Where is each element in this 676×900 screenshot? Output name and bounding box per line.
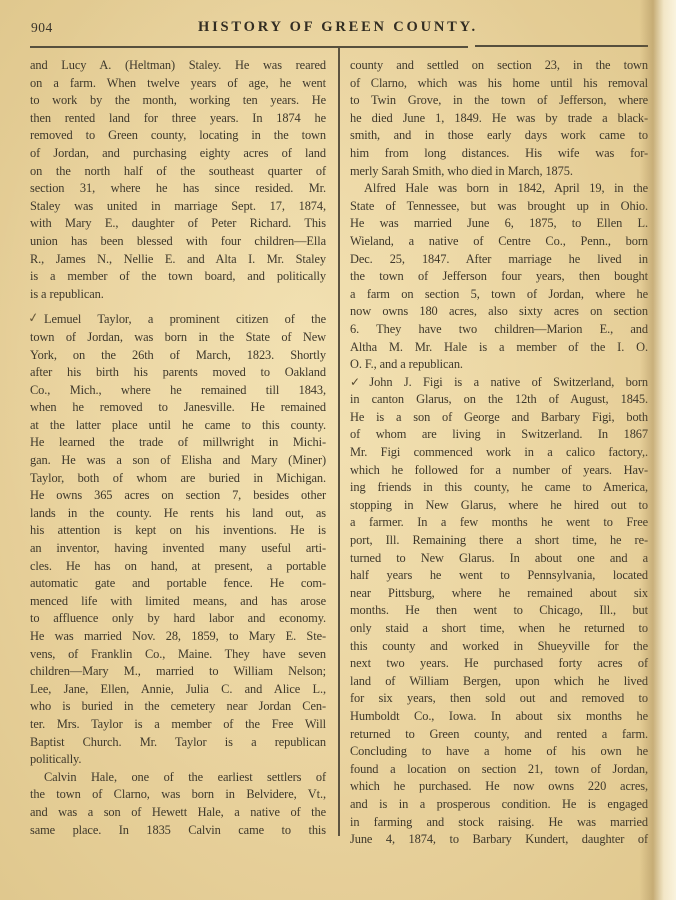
- right-column: county and settled on section 23, in the…: [350, 57, 648, 849]
- text-line: after his birth his parents moved to Oak…: [30, 364, 326, 382]
- text-line: removed to Green county, locating in the…: [30, 127, 326, 145]
- text-line: union has been blessed with four childre…: [30, 233, 326, 251]
- text-line: Wieland, a native of Centre Co., Penn., …: [350, 233, 648, 251]
- text-line: 6. They have two children—Marion E., and: [350, 321, 648, 339]
- text-line: returned to Green county, and rented a f…: [350, 726, 648, 744]
- text-line: months. He then went to Chicago, Ill., b…: [350, 602, 648, 620]
- text-line: Taylor, both of whom are buried in Michi…: [30, 470, 326, 488]
- paragraph: Calvin Hale, one of the earliest settler…: [30, 769, 326, 839]
- text-line: O. F., and a republican.: [350, 356, 648, 374]
- text-line: half years he went to Pennsylvania, loca…: [350, 567, 648, 585]
- text-line: this county and worked in Shueyville for…: [350, 638, 648, 656]
- text-line: State of Tennessee, but was brought up i…: [350, 198, 648, 216]
- text-line: the town of Jefferson four years, then b…: [350, 268, 648, 286]
- text-line: next two years. He purchased forty acres…: [350, 655, 648, 673]
- text-line: smith, and in those early days work came…: [350, 127, 648, 145]
- page-header: 904 HISTORY OF GREEN COUNTY.: [0, 0, 676, 47]
- text-line: of Jordan, and purchasing eighty acres o…: [30, 145, 326, 163]
- text-line: found a location on section 21, town of …: [350, 761, 648, 779]
- text-line: same place. In 1835 Calvin came to this: [30, 822, 326, 840]
- text-line: gan. He was a son of Elisha and Mary (Mi…: [30, 452, 326, 470]
- text-line: Staley was united in marriage Sept. 17, …: [30, 198, 326, 216]
- text-line: of whom are living in Switzerland. In 18…: [350, 426, 648, 444]
- text-line: He owns 365 acres on section 7, besides …: [30, 487, 326, 505]
- text-line: stopping in New Glarus, where he hired o…: [350, 497, 648, 515]
- book-page: 904 HISTORY OF GREEN COUNTY. and Lucy A.…: [0, 0, 676, 900]
- text-line: which he purchased. He now owns 220 acre…: [350, 778, 648, 796]
- text-line: is a member of the town board, and polit…: [30, 268, 326, 286]
- paragraph: ✓John J. Figi is a native of Switzerland…: [350, 374, 648, 849]
- text-line: section 31, where he has since resided. …: [30, 180, 326, 198]
- text-line: automatic gate and portable fence. He co…: [30, 575, 326, 593]
- text-line: cles. He has on hand, at present, a port…: [30, 558, 326, 576]
- text-line: an inventor, having invented many useful…: [30, 540, 326, 558]
- text-line: near Pittsburg, where he remained about …: [350, 585, 648, 603]
- text-line: now owns 180 acres, also sixty acres on …: [350, 303, 648, 321]
- text-line: Baptist Church. Mr. Taylor is a republic…: [30, 734, 326, 752]
- text-line: turned to New Glarus. In about one and a: [350, 550, 648, 568]
- text-line: ter. Mrs. Taylor is a member of the Free…: [30, 716, 326, 734]
- text-columns: and Lucy A. (Heltman) Staley. He was rea…: [30, 57, 648, 849]
- text-line: R., James N., Nellie E. and Alta I. Mr. …: [30, 251, 326, 269]
- paragraph: Alfred Hale was born in 1842, April 19, …: [350, 180, 648, 374]
- text-line: ✓John J. Figi is a native of Switzerland…: [350, 374, 648, 392]
- text-line: on a farm. When twelve years of age, he …: [30, 75, 326, 93]
- text-line: to Twin Grove, in the town of Jefferson,…: [350, 92, 648, 110]
- text-line: He is a son of George and Barbary Figi, …: [350, 409, 648, 427]
- text-line: which he followed for a number of years.…: [350, 462, 648, 480]
- text-line: in canton Glarus, on the 12th of August,…: [350, 391, 648, 409]
- paragraph: county and settled on section 23, in the…: [350, 57, 648, 180]
- text-line: Dec. 25, 1847. After marriage he lived i…: [350, 251, 648, 269]
- page-title: HISTORY OF GREEN COUNTY.: [0, 0, 676, 36]
- text-line: port, Ill. Remaining there a short time,…: [350, 532, 648, 550]
- text-line: vens, of Franklin Co., Maine. They have …: [30, 646, 326, 664]
- text-line: to affluence only by hard labor and econ…: [30, 610, 326, 628]
- text-line: him from long distances. His wife was fo…: [350, 145, 648, 163]
- text-line: when he removed to Janesville. He remain…: [30, 399, 326, 417]
- text-line: Altha M. Mr. Hale is a member of the I. …: [350, 339, 648, 357]
- text-line: Humboldt Co., Iowa. In about six months …: [350, 708, 648, 726]
- text-line: at the latter place until he came to thi…: [30, 417, 326, 435]
- text-line: June 4, 1874, to Barbary Kundert, daught…: [350, 831, 648, 849]
- text-line: with Mary E., daughter of Peter Richard.…: [30, 215, 326, 233]
- text-line: who is buried in the cemetery near Jorda…: [30, 698, 326, 716]
- text-line: Co., Mich., where he remained till 1843,: [30, 382, 326, 400]
- text-line: ✓Lemuel Taylor, a prominent citizen of t…: [30, 311, 326, 329]
- text-line: Calvin Hale, one of the earliest settler…: [30, 769, 326, 787]
- text-line: Concluding to have a home of his own he: [350, 743, 648, 761]
- text-line: on the north half of the southeast quart…: [30, 163, 326, 181]
- text-line: politically.: [30, 751, 326, 769]
- text-line: then rented land for three years. In 187…: [30, 110, 326, 128]
- text-line: he died June 1, 1849. He was by trade a …: [350, 110, 648, 128]
- text-line: a farm on section 5, town of Jordan, whe…: [350, 286, 648, 304]
- text-line: Alfred Hale was born in 1842, April 19, …: [350, 180, 648, 198]
- paragraph: and Lucy A. (Heltman) Staley. He was rea…: [30, 57, 326, 303]
- text-line: for six years, then sold out and removed…: [350, 690, 648, 708]
- text-line: and Lucy A. (Heltman) Staley. He was rea…: [30, 57, 326, 75]
- text-line: land of William Bergen, upon which he li…: [350, 673, 648, 691]
- text-line: in farming and stock raising. He was mar…: [350, 814, 648, 832]
- handwritten-check-icon: ✓: [27, 309, 40, 328]
- text-line: county and settled on section 23, in the…: [350, 57, 648, 75]
- text-line: and is in a prosperous condition. He is …: [350, 796, 648, 814]
- text-line: Lee, Jane, Ellen, Annie, Julia C. and Al…: [30, 681, 326, 699]
- text-line: town of Jordan, was born in the State of…: [30, 329, 326, 347]
- text-line: is a republican.: [30, 286, 326, 304]
- text-line: He was married Nov. 28, 1859, to Mary E.…: [30, 628, 326, 646]
- paragraph: ✓Lemuel Taylor, a prominent citizen of t…: [30, 311, 326, 768]
- text-line: children—Mary M., married to William Nel…: [30, 663, 326, 681]
- text-line: a farmer. In a few months he went to Fre…: [350, 514, 648, 532]
- text-line: lands in the county. He rents his land o…: [30, 505, 326, 523]
- text-line: menced life with limited means, and has …: [30, 593, 326, 611]
- text-line: He learned the trade of millwright in Mi…: [30, 434, 326, 452]
- handwritten-check-icon: ✓: [350, 375, 368, 389]
- text-line: his attention is kept on his inventions.…: [30, 522, 326, 540]
- text-line: and was a son of Hewett Hale, a native o…: [30, 804, 326, 822]
- left-column: and Lucy A. (Heltman) Staley. He was rea…: [30, 57, 326, 849]
- text-line: to work by the month, working ten years.…: [30, 92, 326, 110]
- text-line: York, on the 26th of March, 1823. Shortl…: [30, 347, 326, 365]
- text-line: only staid a short time, when he returne…: [350, 620, 648, 638]
- text-line: He was married June 6, 1875, to Ellen L.: [350, 215, 648, 233]
- text-line: Mr. Figi commenced work in a calico fact…: [350, 444, 648, 462]
- text-line: of Clarno, which was his home until his …: [350, 75, 648, 93]
- text-line: merly Sarah Smith, who died in March, 18…: [350, 163, 648, 181]
- text-line: the town of Clarno, was born in Belvider…: [30, 786, 326, 804]
- page-number: 904: [31, 20, 53, 36]
- header-rule-right-segment: [475, 45, 648, 47]
- text-line: ing friends in this county, he came to A…: [350, 479, 648, 497]
- header-rule-left-segment: [30, 46, 468, 48]
